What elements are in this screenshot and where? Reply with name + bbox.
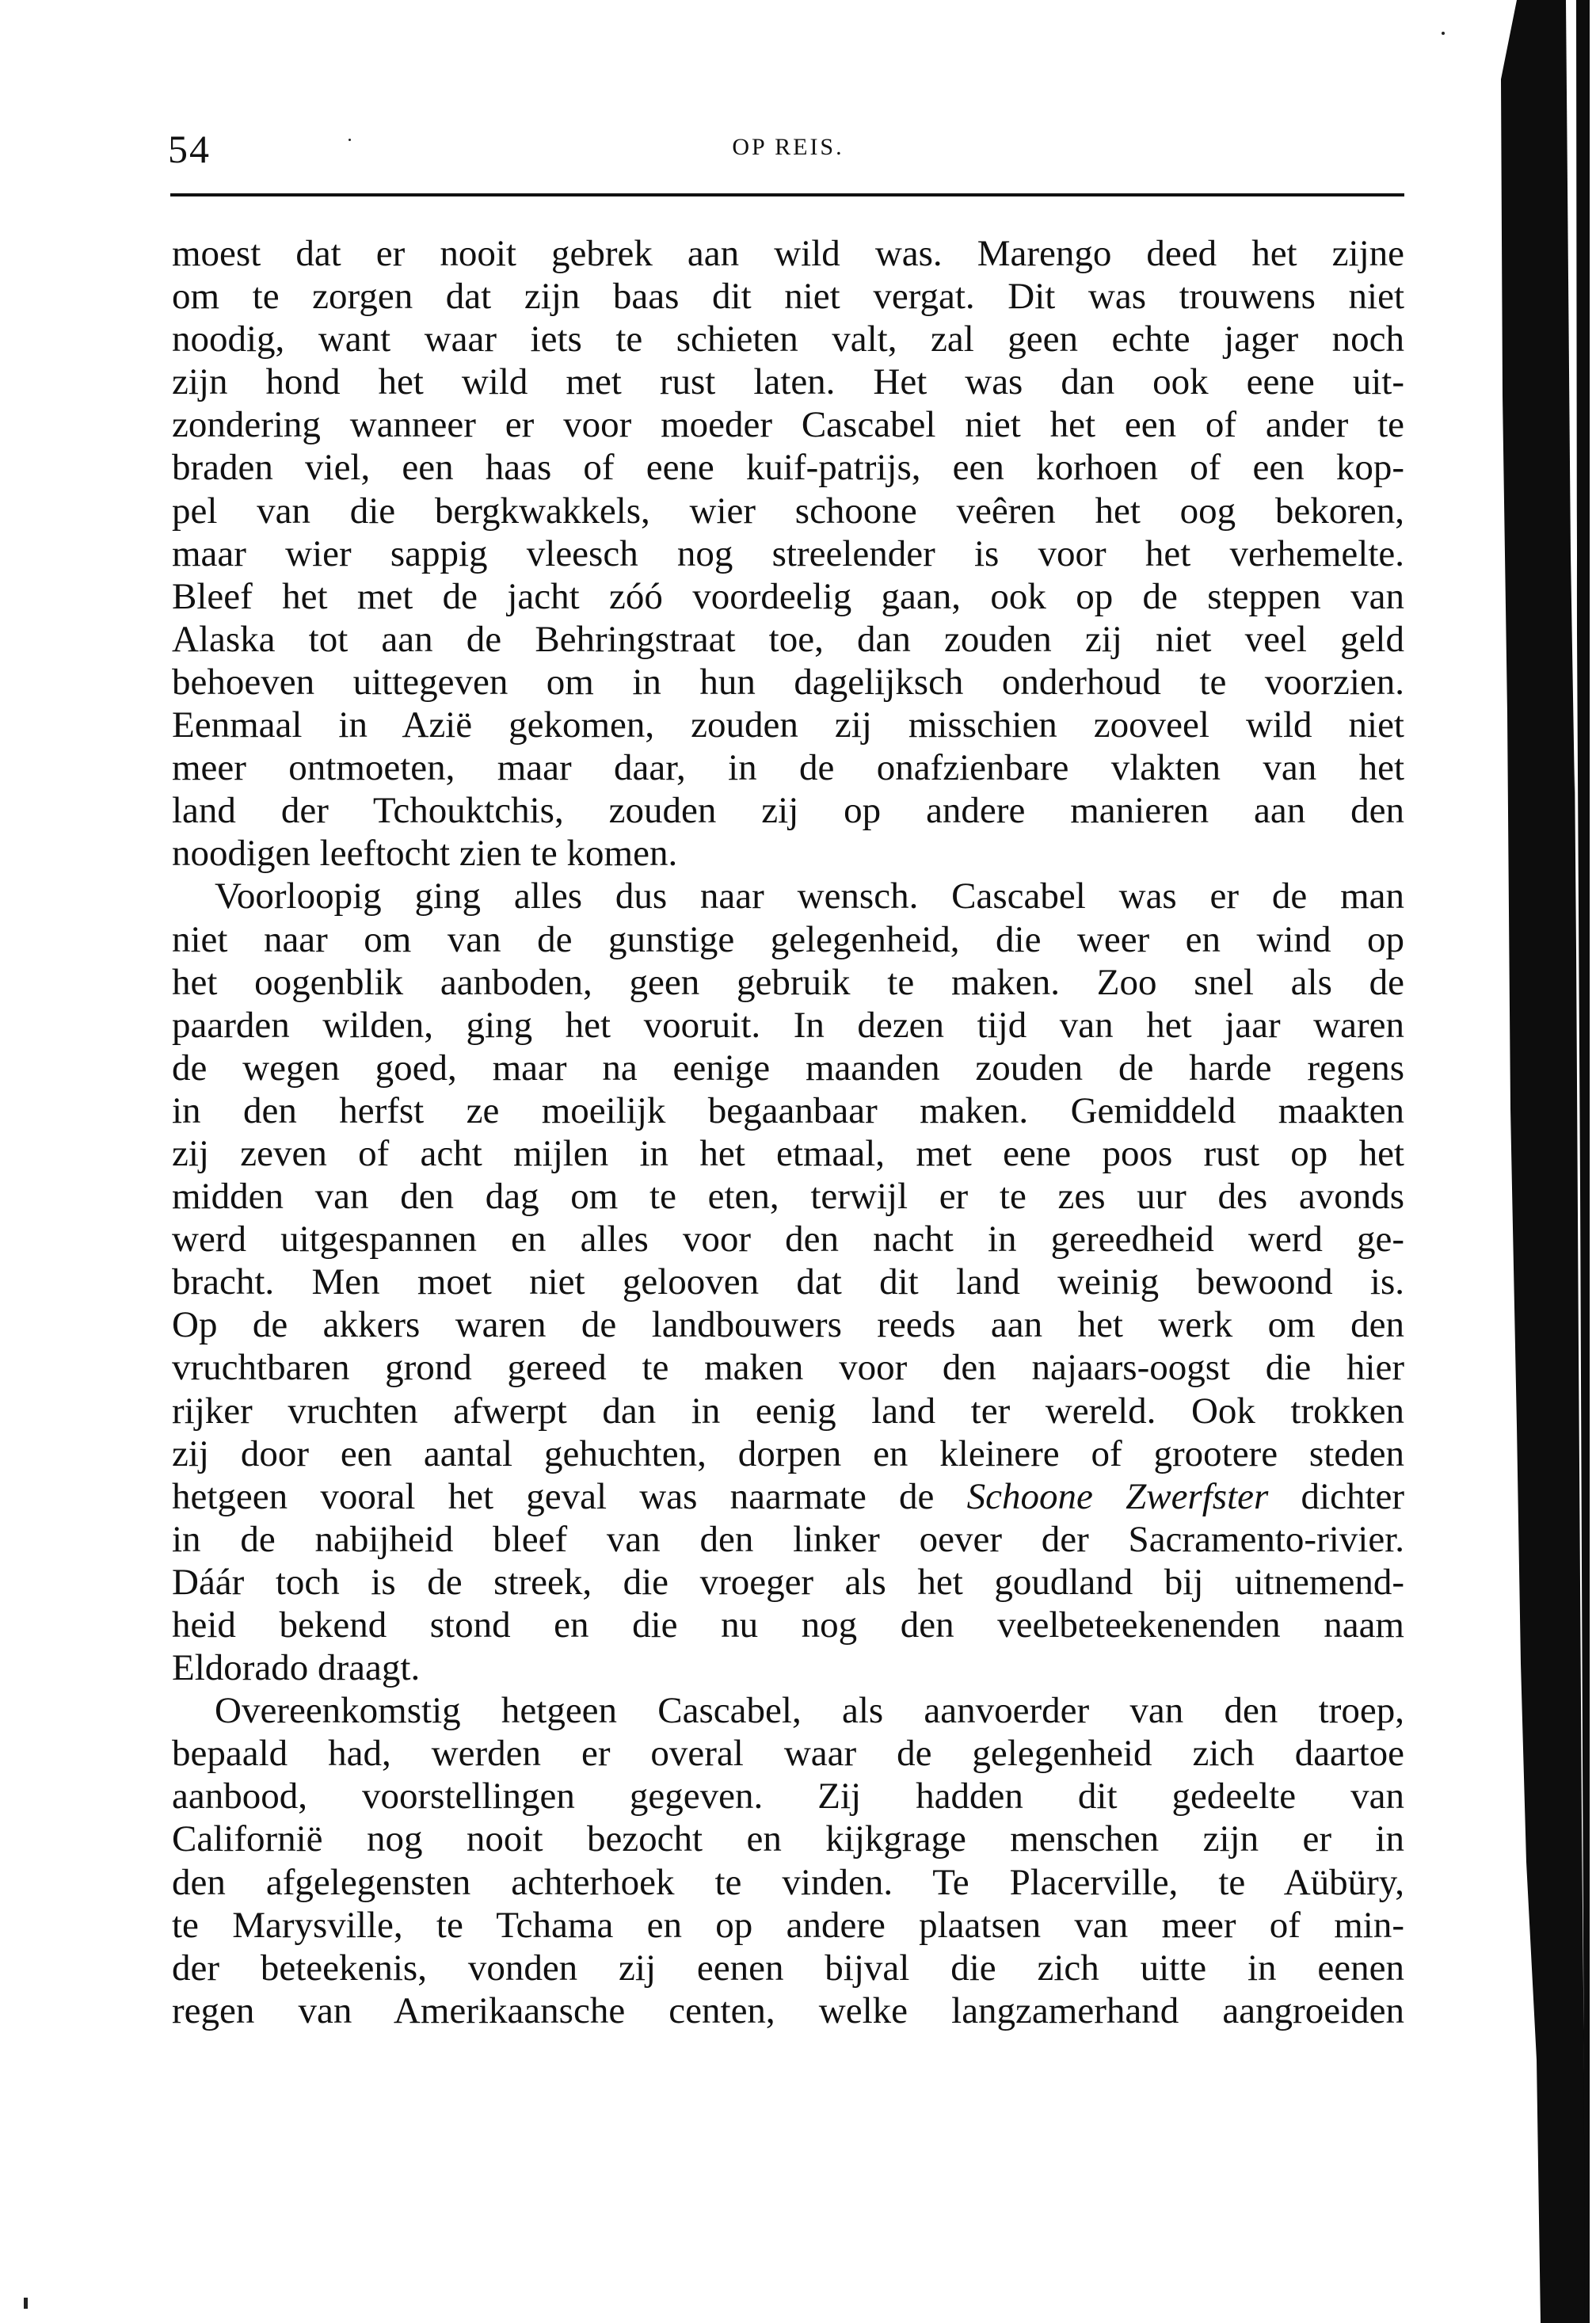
text-line: den afgelegensten achterhoek te vinden. … bbox=[172, 1861, 1404, 1904]
text-line: te Marysville, te Tchama en op andere pl… bbox=[172, 1904, 1404, 1947]
text-line: bracht. Men moet niet gelooven dat dit l… bbox=[172, 1261, 1404, 1303]
text-line: midden van den dag om te eten, terwijl e… bbox=[172, 1175, 1404, 1218]
header-rule bbox=[170, 193, 1404, 196]
text-line: Eenmaal in Azië gekomen, zouden zij miss… bbox=[172, 704, 1404, 746]
text-line: noodigen leeftocht zien te komen. bbox=[172, 832, 1404, 875]
text-line: de wegen goed, maar na eenige maanden zo… bbox=[172, 1047, 1404, 1089]
text-line: behoeven uittegeven om in hun dagelijksc… bbox=[172, 661, 1404, 704]
text-line: Voorloopig ging alles dus naar wensch. C… bbox=[172, 875, 1404, 917]
text-line: maar wier sappig vleesch nog streelender… bbox=[172, 532, 1404, 575]
text-line: Eldorado draagt. bbox=[172, 1646, 1404, 1689]
text-line: in den herfst ze moeilijk begaanbaar mak… bbox=[172, 1089, 1404, 1132]
scan-binding-shadow bbox=[1493, 0, 1596, 2323]
text-line: paarden wilden, ging het vooruit. In dez… bbox=[172, 1004, 1404, 1047]
italic-title: Schoone Zwerfster bbox=[967, 1476, 1269, 1517]
text-line: pel van die bergkwakkels, wier schoone v… bbox=[172, 490, 1404, 532]
text-line: zondering wanneer er voor moeder Cascabe… bbox=[172, 403, 1404, 446]
text-line-with-italic: hetgeen vooral het geval was naarmate de… bbox=[172, 1475, 1404, 1518]
text-line: het oogenblik aanboden, geen gebruik te … bbox=[172, 961, 1404, 1004]
text-line: Op de akkers waren de landbouwers reeds … bbox=[172, 1303, 1404, 1346]
text-line: Bleef het met de jacht zóó voordeelig ga… bbox=[172, 575, 1404, 618]
text-line: Californië nog nooit bezocht en kijkgrag… bbox=[172, 1818, 1404, 1860]
scan-speck bbox=[24, 2298, 28, 2309]
text-line: regen van Amerikaansche centen, welke la… bbox=[172, 1989, 1404, 2032]
text-line: heid bekend stond en die nu nog den veel… bbox=[172, 1604, 1404, 1646]
text-line: Alaska tot aan de Behringstraat toe, dan… bbox=[172, 618, 1404, 661]
text-line: om te zorgen dat zijn baas dit niet verg… bbox=[172, 275, 1404, 318]
text-line: braden viel, een haas of eene kuif-patri… bbox=[172, 446, 1404, 489]
text-line: bepaald had, werden er overal waar de ge… bbox=[172, 1732, 1404, 1775]
text-line: werd uitgespannen en alles voor den nach… bbox=[172, 1218, 1404, 1261]
text-line: moest dat er nooit gebrek aan wild was. … bbox=[172, 232, 1404, 275]
text-line: zijn hond het wild met rust laten. Het w… bbox=[172, 360, 1404, 403]
text-line: noodig, want waar iets te schieten valt,… bbox=[172, 318, 1404, 360]
text-line: der beteekenis, vonden zij eenen bijval … bbox=[172, 1947, 1404, 1989]
scan-speck bbox=[1442, 32, 1445, 35]
text-line: aanbood, voorstellingen gegeven. Zij had… bbox=[172, 1775, 1404, 1818]
text-line: Overeenkomstig hetgeen Cascabel, als aan… bbox=[172, 1689, 1404, 1732]
text-line: zij door een aantal gehuchten, dorpen en… bbox=[172, 1432, 1404, 1475]
page-number: 54 bbox=[168, 127, 211, 171]
body-text: moest dat er nooit gebrek aan wild was. … bbox=[172, 232, 1404, 2032]
text-line: vruchtbaren grond gereed te maken voor d… bbox=[172, 1346, 1404, 1389]
text-line: zij zeven of acht mijlen in het etmaal, … bbox=[172, 1132, 1404, 1175]
running-title: OP REIS. bbox=[697, 133, 879, 162]
text-line: Dáár toch is de streek, die vroeger als … bbox=[172, 1561, 1404, 1604]
text-line: rijker vruchten afwerpt dan in eenig lan… bbox=[172, 1390, 1404, 1432]
text-line: in de nabijheid bleef van den linker oev… bbox=[172, 1518, 1404, 1561]
scan-speck bbox=[349, 139, 351, 141]
text-line: land der Tchouktchis, zouden zij op ande… bbox=[172, 789, 1404, 832]
text-line: niet naar om van de gunstige gelegenheid… bbox=[172, 918, 1404, 961]
text-line: meer ontmoeten, maar daar, in de onafzie… bbox=[172, 746, 1404, 789]
